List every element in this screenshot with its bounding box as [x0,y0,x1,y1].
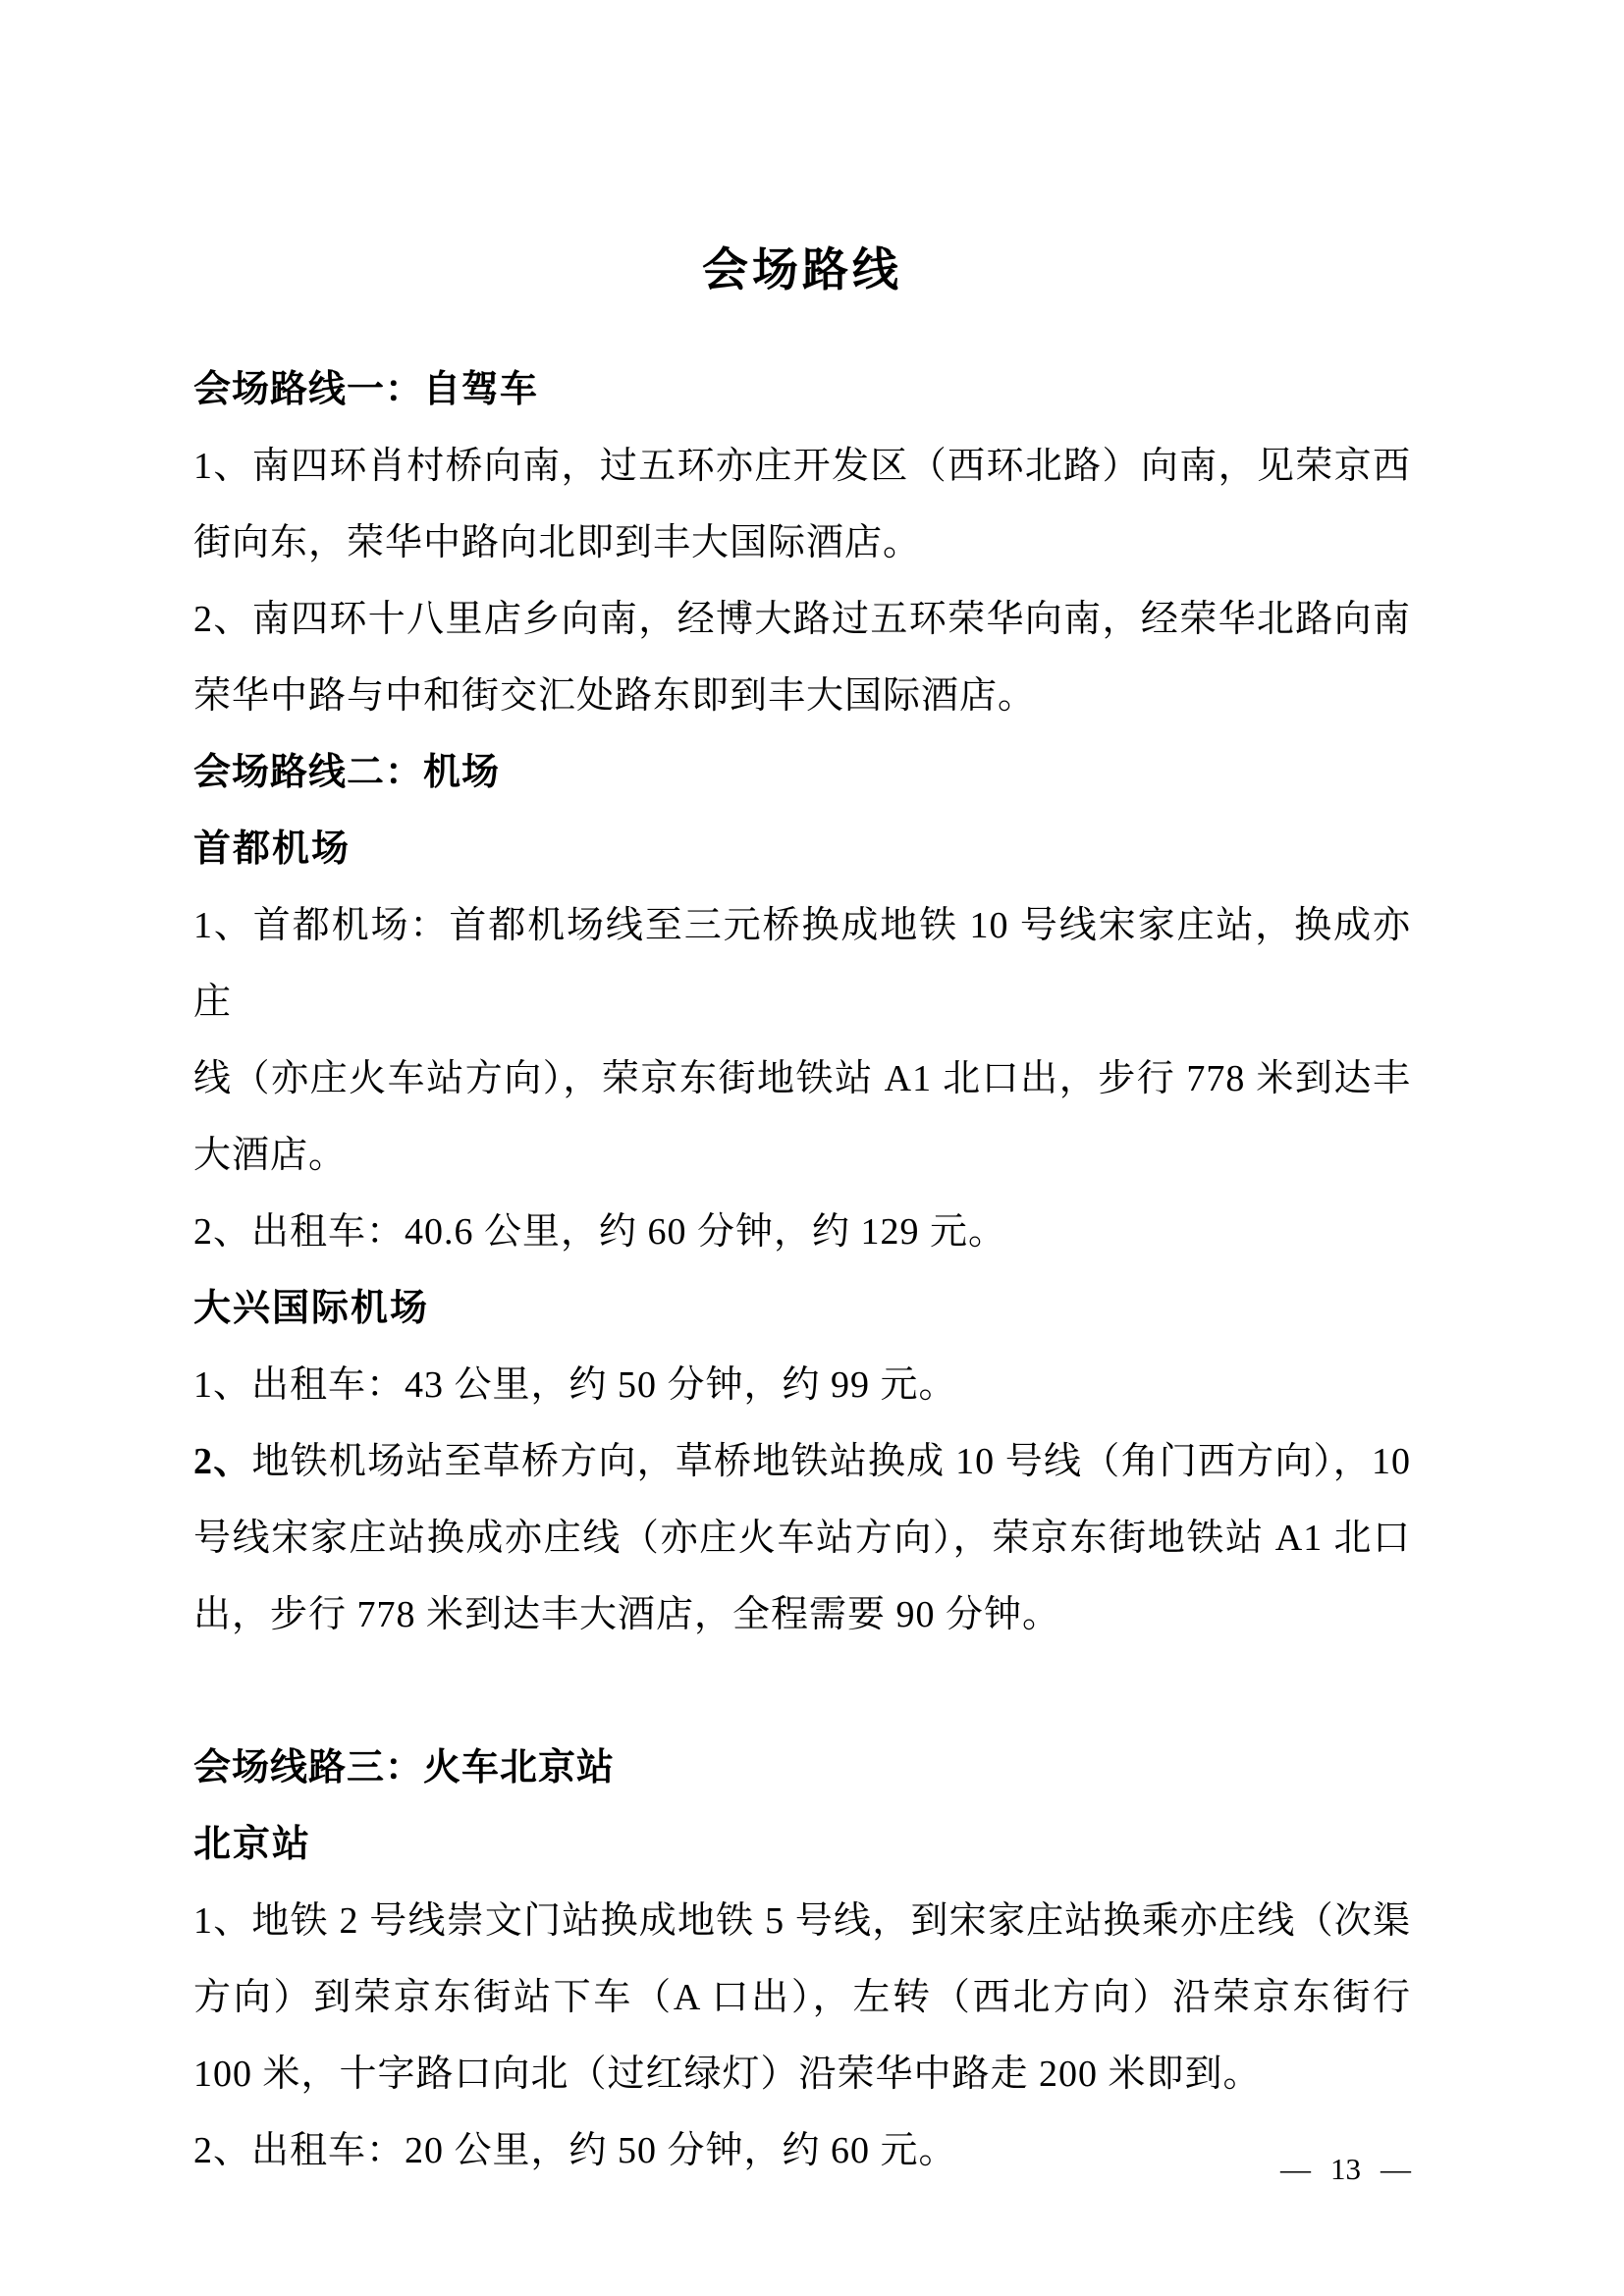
subsection-capital-airport: 首都机场 1、首都机场：首都机场线至三元桥换成地铁 10 号线宋家庄站，换成亦庄… [193,811,1411,1270]
body-line: 大酒店。 [193,1117,1411,1194]
subsection-daxing-airport: 大兴国际机场 1、出租车：43 公里，约 50 分钟，约 99 元。 2、地铁机… [193,1270,1411,1653]
body-line: 号线宋家庄站换成亦庄线（亦庄火车站方向），荣京东街地铁站 A1 北口 [193,1500,1411,1576]
page-number: 13 [1330,2152,1361,2186]
body-line: 荣华中路与中和街交汇处路东即到丰大国际酒店。 [193,658,1411,734]
body-line: 1、出租车：43 公里，约 50 分钟，约 99 元。 [193,1347,1411,1423]
body-line: 1、首都机场：首都机场线至三元桥换成地铁 10 号线宋家庄站，换成亦庄 [193,887,1411,1041]
paragraph: 2、出租车：40.6 公里，约 60 分钟，约 129 元。 [193,1194,1411,1270]
section-driving-route: 会场路线一：自驾车 1、南四环肖村桥向南，过五环亦庄开发区（西环北路）向南，见荣… [193,351,1411,734]
section-airport-route: 会场路线二：机场 首都机场 1、首都机场：首都机场线至三元桥换成地铁 10 号线… [193,734,1411,1653]
body-line: 2、地铁机场站至草桥方向，草桥地铁站换成 10 号线（角门西方向），10 [193,1423,1411,1500]
body-line: 2、出租车：40.6 公里，约 60 分钟，约 129 元。 [193,1194,1411,1270]
item-number-bold: 2、 [193,1441,251,1482]
document-page: 会场路线 会场路线一：自驾车 1、南四环肖村桥向南，过五环亦庄开发区（西环北路）… [0,0,1624,2296]
subsection-heading: 大兴国际机场 [193,1270,1411,1347]
body-line: 出，步行 778 米到达丰大酒店，全程需要 90 分钟。 [193,1576,1411,1653]
document-title: 会场路线 [193,231,1411,309]
section-heading: 会场路线一：自驾车 [193,351,1411,428]
section-train-station-route: 会场线路三：火车北京站 北京站 1、地铁 2 号线崇文门站换成地铁 5 号线，到… [193,1730,1411,2189]
body-line: 100 米，十字路口向北（过红绿灯）沿荣华中路走 200 米即到。 [193,2036,1411,2112]
spacer [193,1653,1411,1730]
paragraph: 1、地铁 2 号线崇文门站换成地铁 5 号线，到宋家庄站换乘亦庄线（次渠 方向）… [193,1883,1411,2112]
section-heading: 会场线路三：火车北京站 [193,1730,1411,1806]
body-line: 2、南四环十八里店乡向南，经博大路过五环荣华向南，经荣华北路向南 [193,581,1411,658]
subsection-heading: 北京站 [193,1806,1411,1883]
paragraph: 2、南四环十八里店乡向南，经博大路过五环荣华向南，经荣华北路向南 荣华中路与中和… [193,581,1411,734]
paragraph: 2、出租车：20 公里，约 50 分钟，约 60 元。 [193,2112,1411,2189]
body-line: 线（亦庄火车站方向），荣京东街地铁站 A1 北口出，步行 778 米到达丰 [193,1041,1411,1117]
subsection-heading: 首都机场 [193,811,1411,887]
body-line: 1、地铁 2 号线崇文门站换成地铁 5 号线，到宋家庄站换乘亦庄线（次渠 [193,1883,1411,1959]
body-line-text: 地铁机场站至草桥方向，草桥地铁站换成 10 号线（角门西方向），10 [251,1441,1411,1482]
body-line: 2、出租车：20 公里，约 50 分钟，约 60 元。 [193,2112,1411,2189]
body-line: 1、南四环肖村桥向南，过五环亦庄开发区（西环北路）向南，见荣京西 [193,428,1411,505]
body-line: 街向东，荣华中路向北即到丰大国际酒店。 [193,505,1411,581]
paragraph: 1、出租车：43 公里，约 50 分钟，约 99 元。 [193,1347,1411,1423]
paragraph: 1、南四环肖村桥向南，过五环亦庄开发区（西环北路）向南，见荣京西 街向东，荣华中… [193,428,1411,581]
page-footer: —13— [1280,2150,1411,2189]
document-content: 会场路线 会场路线一：自驾车 1、南四环肖村桥向南，过五环亦庄开发区（西环北路）… [193,231,1411,2189]
footer-dash-left: — [1280,2152,1311,2186]
paragraph: 1、首都机场：首都机场线至三元桥换成地铁 10 号线宋家庄站，换成亦庄 线（亦庄… [193,887,1411,1194]
body-line: 方向）到荣京东街站下车（A 口出），左转（西北方向）沿荣京东街行 [193,1959,1411,2036]
footer-dash-right: — [1380,2152,1411,2186]
subsection-beijing-station: 北京站 1、地铁 2 号线崇文门站换成地铁 5 号线，到宋家庄站换乘亦庄线（次渠… [193,1806,1411,2189]
section-heading: 会场路线二：机场 [193,734,1411,811]
paragraph: 2、地铁机场站至草桥方向，草桥地铁站换成 10 号线（角门西方向），10 号线宋… [193,1423,1411,1653]
